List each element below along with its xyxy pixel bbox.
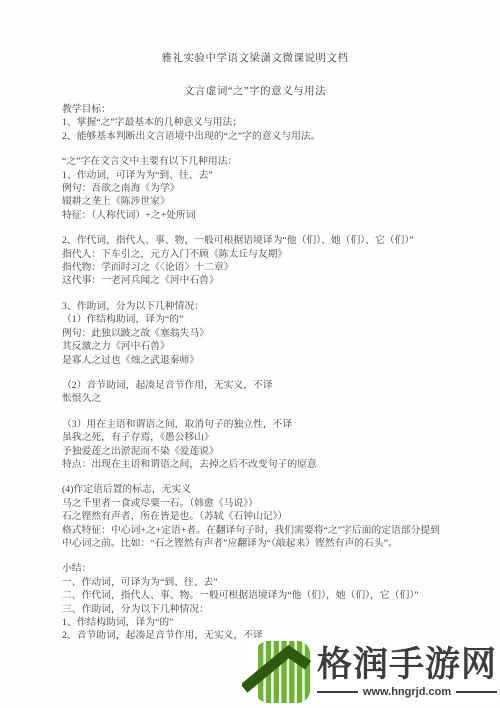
document-line: “之”字在文言文中主要有以下几种用法：	[62, 155, 448, 168]
document-line: （1）作结构助词，译为“的”	[62, 313, 448, 326]
site-watermark-logo[interactable]: 格润手游网 www.hngrjd.com	[242, 638, 497, 706]
blank-line	[62, 550, 448, 562]
document-line: 石之铿然有声者，所在皆是也。（苏轼《石钟山记》）	[62, 510, 448, 523]
document-body: 教学目标：1、掌握“之”字最基本的几种意义与用法；2、能够基本判断出文言语境中出…	[62, 103, 448, 643]
document-line: 二、作代词，指代人、事、物。一般可根据语境译为“他（们），她（们），它（们）”	[62, 589, 448, 602]
document-line: 指代物：学而时习之《〈论语〉十二章》	[62, 261, 448, 274]
document-line: 怅恨久之	[62, 392, 448, 405]
green-striped-roof-icon	[242, 638, 312, 706]
document-line: 特征：（人称代词）+之+处所词	[62, 209, 448, 222]
document-page: 雅礼实验中学语文梁潇文微课说明文档 文言虚词“之”字的意义与用法 教学目标：1、…	[0, 0, 500, 708]
site-url-row: www.hngrjd.com	[317, 686, 497, 698]
document-line: 辍耕之垄上《陈涉世家》	[62, 195, 448, 208]
document-line: 三、作助词，分为以下几种情况：	[62, 603, 448, 616]
document-line: 特点：出现在主语和谓语之间，去掉之后不改变句子的原意	[62, 458, 448, 471]
site-name: 格润手游网	[317, 646, 497, 685]
document-line: 2、能够基本判断出文言语境中出现的“之”字的意义与用法。	[62, 130, 448, 143]
logo-text-column: 格润手游网 www.hngrjd.com	[317, 646, 497, 699]
document-line: （3）用在主语和谓语之间，取消句子的独立性，不译	[62, 418, 448, 431]
document-line: 教学目标：	[62, 103, 448, 116]
document-line: 例句：此独以跛之故《塞翁失马》	[62, 327, 448, 340]
blank-line	[62, 143, 448, 155]
document-line: 例句：吾欲之南海《为学》	[62, 182, 448, 195]
document-line: （2）音节助词，起凑足音节作用，无实义，不译	[62, 379, 448, 392]
document-line: 中心词之前。比如：“石之铿然有声者”应翻译为“（敲起来）铿然有声的石头”。	[62, 537, 448, 550]
document-line: 虽我之死，有子存焉，《愚公移山》	[62, 431, 448, 444]
blank-line	[62, 367, 448, 379]
document-line: 这代事：一老河兵闻之《河中石兽》	[62, 274, 448, 287]
document-line: 小结：	[62, 562, 448, 575]
blank-line	[62, 222, 448, 234]
document-line: 指代人：下车引之，元方入门不顾《陈太丘与友期》	[62, 248, 448, 261]
document-line: 予独爱莲之出淤泥而不染《爱莲说》	[62, 445, 448, 458]
right-rule	[456, 691, 497, 693]
document-line: 1、掌握“之”字最基本的几种意义与用法；	[62, 116, 448, 129]
document-subtitle: 文言虚词“之”字的意义与用法	[62, 83, 448, 98]
left-rule	[317, 691, 358, 693]
document-line: 马之千里者一食或尽粟一石。（韩愈《马说》）	[62, 497, 448, 510]
document-line: 3、作助词，分为以下几种情况：	[62, 300, 448, 313]
document-title: 雅礼实验中学语文梁潇文微课说明文档	[62, 50, 448, 65]
document-line: 格式特征：中心词+之+定语+者。在翻译句子时，我们需要将“之”字后面的定语部分提…	[62, 524, 448, 537]
document-line: (4)作定语后置的标志，无实义	[62, 483, 448, 496]
blank-line	[62, 471, 448, 483]
document-line: 是寡人之过也《烛之武退秦师》	[62, 354, 448, 367]
document-line: 一、作动词，可译为为“到、往、去”	[62, 576, 448, 589]
document-line: 其反激之力《河中石兽》	[62, 340, 448, 353]
document-line: 1、作结构助词，译为“的”	[62, 616, 448, 629]
site-url: www.hngrjd.com	[358, 686, 456, 698]
document-line: 2、作代词，指代人、事、物，一般可根据语境译为“他（们）、她（们）、它（们）”	[62, 234, 448, 247]
blank-line	[62, 288, 448, 300]
blank-line	[62, 406, 448, 418]
document-line: 1、作动词，可译为为“到、往、去”	[62, 169, 448, 182]
